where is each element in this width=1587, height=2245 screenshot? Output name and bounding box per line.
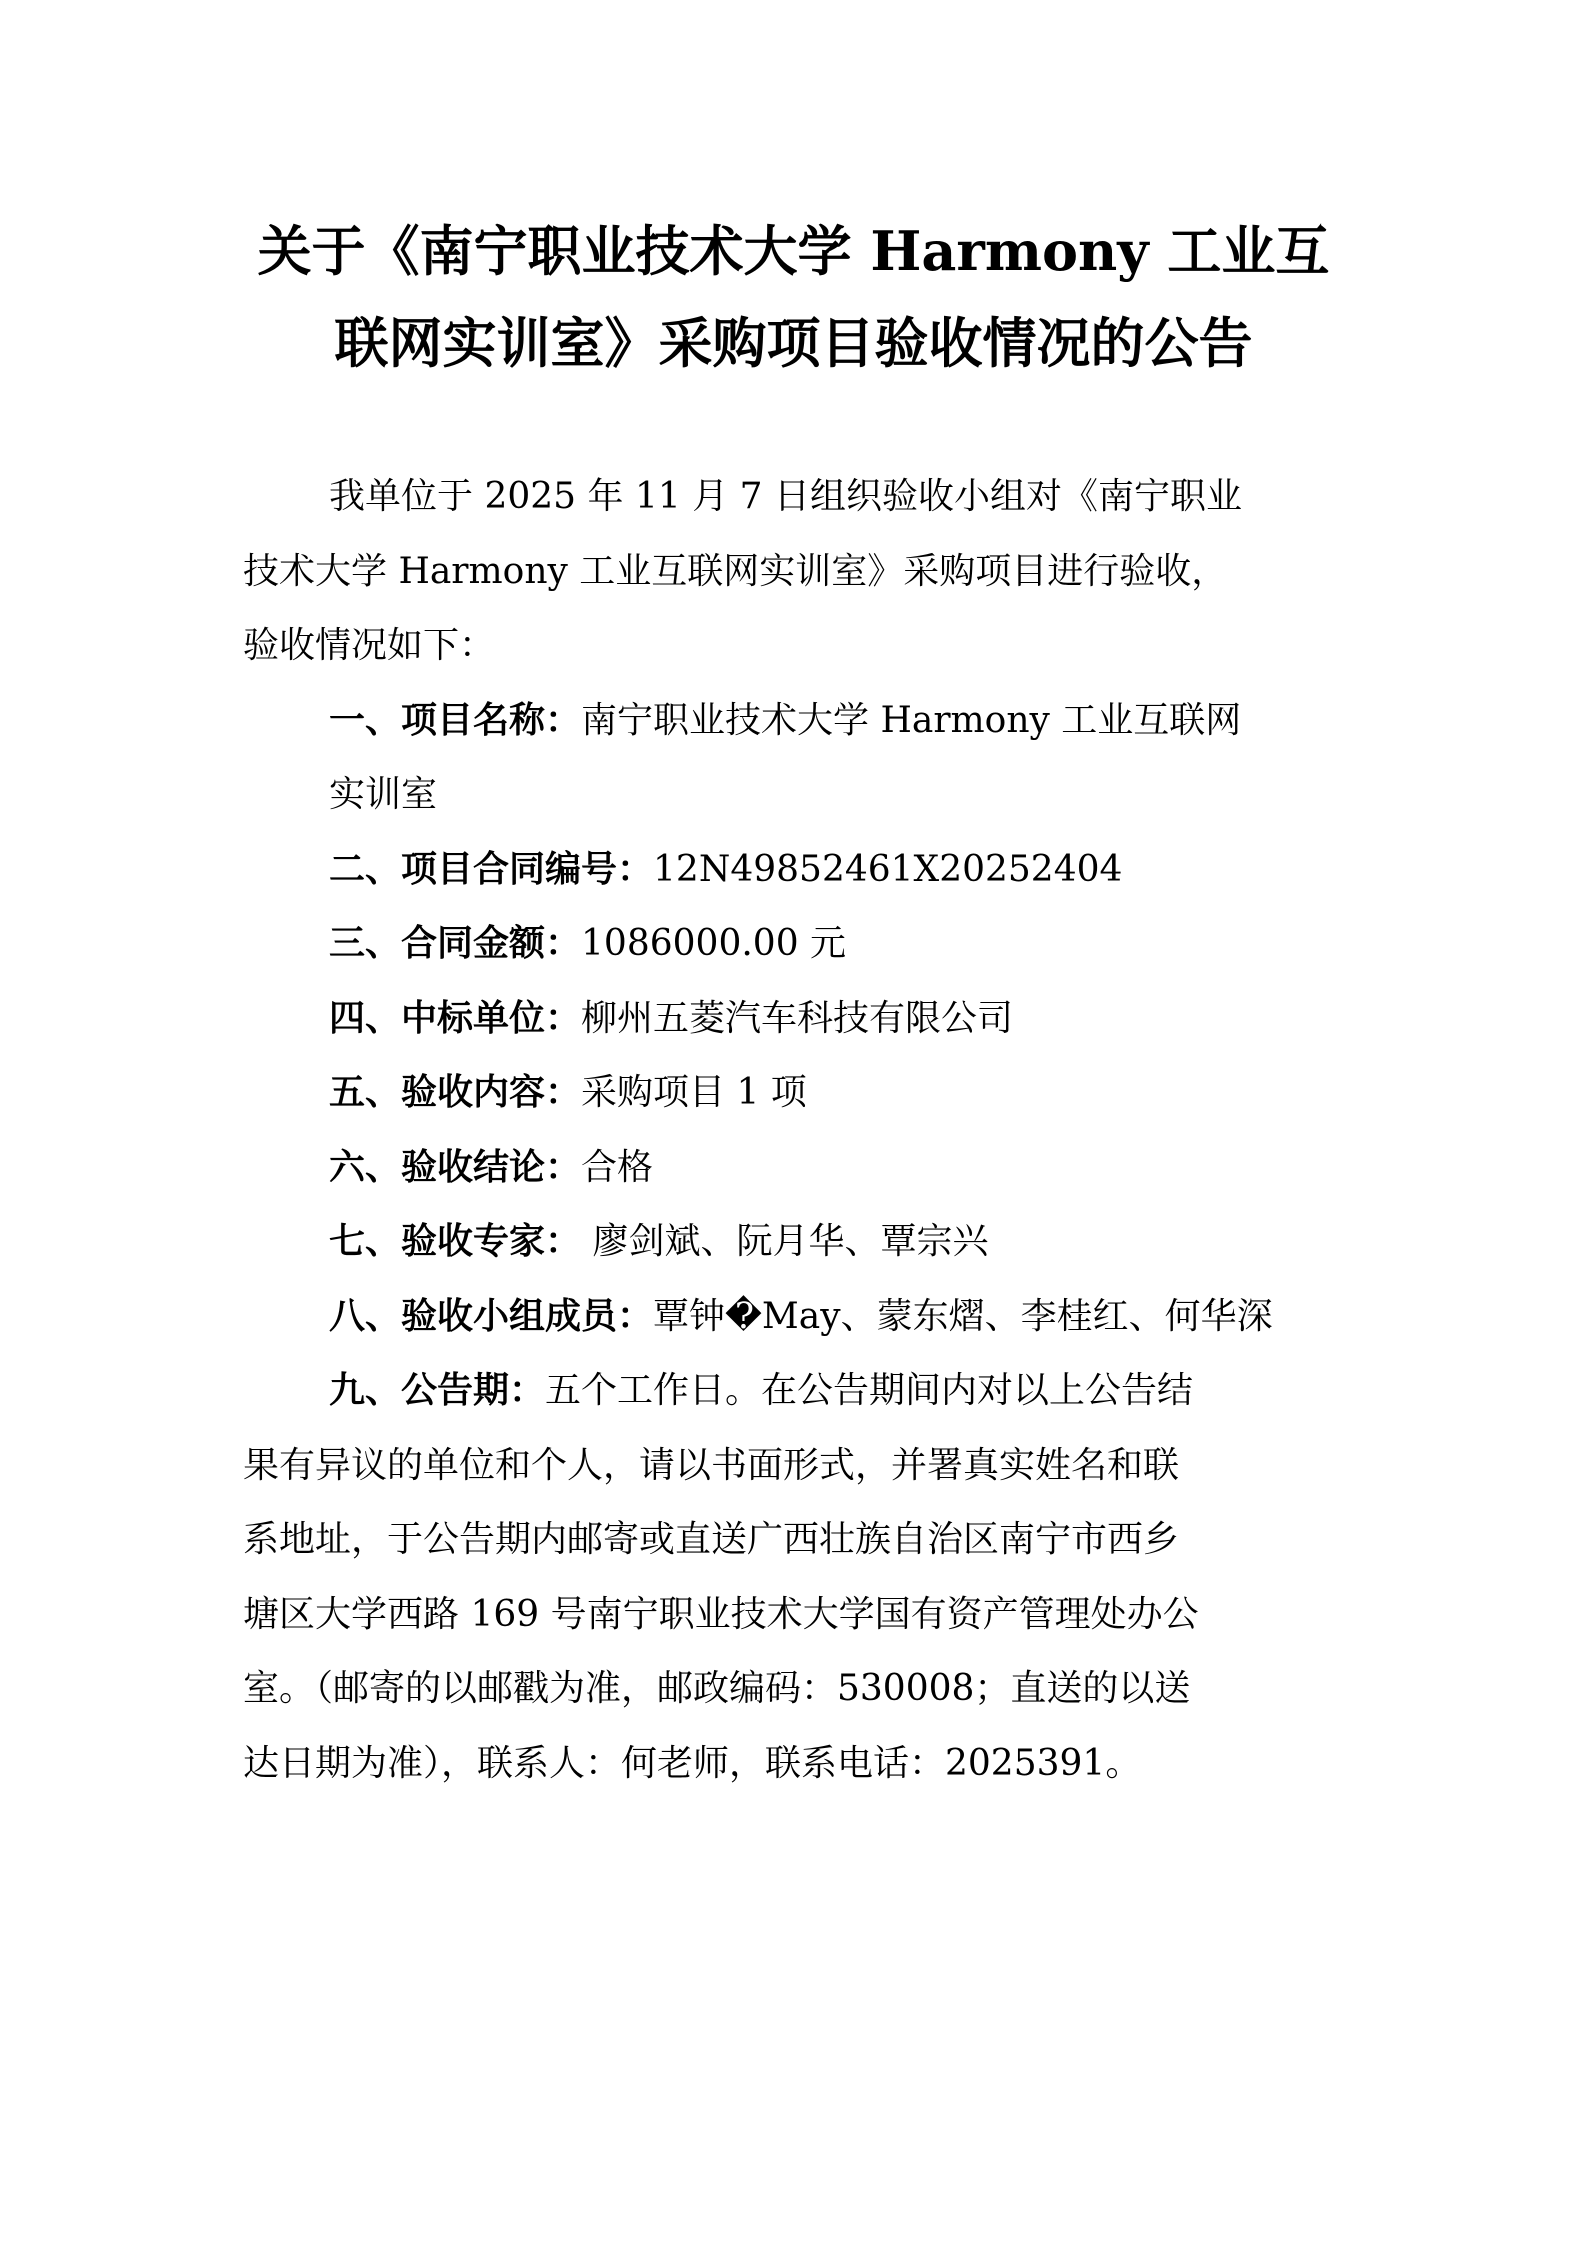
item-value: 覃钟�May、蒙东熠、李桂红、何华深: [653, 1296, 1273, 1337]
item-value: 廖剑斌、阮月华、覃宗兴: [581, 1221, 988, 1262]
item-value: 南宁职业技术大学 Harmony 工业互联网: [581, 700, 1241, 741]
item-value: 采购项目 1 项: [581, 1072, 807, 1113]
notice-label: 九、公告期：: [329, 1370, 545, 1411]
item-project-name-cont: 实训室: [243, 758, 1353, 833]
intro-line-2: 技术大学 Harmony 工业互联网实训室》采购项目进行验收，: [243, 535, 1353, 610]
item-contract-amount: 三、合同金额：1086000.00 元: [243, 907, 1353, 982]
notice-line-3: 系地址，于公告期内邮寄或直送广西壮族自治区南宁市西乡: [243, 1503, 1353, 1578]
intro-paragraph: 我单位于 2025 年 11 月 7 日组织验收小组对《南宁职业 技术大学 Ha…: [243, 460, 1353, 684]
item-label: 五、验收内容：: [329, 1072, 581, 1113]
item-label: 六、验收结论：: [329, 1147, 581, 1188]
title-line-2: 联网实训室》采购项目验收情况的公告: [230, 297, 1357, 389]
item-label: 四、中标单位：: [329, 998, 581, 1039]
item-label: 二、项目合同编号：: [329, 849, 653, 890]
item-contract-number: 二、项目合同编号：12N49852461X20252404: [243, 833, 1353, 908]
title-line-1: 关于《南宁职业技术大学 Harmony 工业互: [230, 205, 1357, 297]
item-label: 八、验收小组成员：: [329, 1296, 653, 1337]
item-label: 一、项目名称：: [329, 700, 581, 741]
notice-line-1: 九、公告期：五个工作日。在公告期间内对以上公告结: [243, 1354, 1353, 1429]
item-acceptance-team: 八、验收小组成员：覃钟�May、蒙东熠、李桂红、何华深: [243, 1280, 1353, 1355]
item-value: 1086000.00 元: [581, 923, 846, 964]
item-value: 12N49852461X20252404: [653, 849, 1122, 890]
intro-line-3: 验收情况如下：: [243, 609, 1353, 684]
intro-line-1: 我单位于 2025 年 11 月 7 日组织验收小组对《南宁职业: [243, 460, 1353, 535]
document-title: 关于《南宁职业技术大学 Harmony 工业互 联网实训室》采购项目验收情况的公…: [230, 205, 1357, 389]
item-value: 柳州五菱汽车科技有限公司: [581, 998, 1013, 1039]
notice-line-6: 达日期为准），联系人：何老师，联系电话：2025391。: [243, 1727, 1353, 1802]
item-value: 合格: [581, 1147, 653, 1188]
item-acceptance-content: 五、验收内容：采购项目 1 项: [243, 1056, 1353, 1131]
notice-line-4: 塘区大学西路 169 号南宁职业技术大学国有资产管理处办公: [243, 1578, 1353, 1653]
notice-line-2: 果有异议的单位和个人，请以书面形式，并署真实姓名和联: [243, 1429, 1353, 1504]
item-acceptance-conclusion: 六、验收结论：合格: [243, 1131, 1353, 1206]
item-acceptance-experts: 七、验收专家： 廖剑斌、阮月华、覃宗兴: [243, 1205, 1353, 1280]
item-label: 七、验收专家：: [329, 1221, 581, 1262]
item-label: 三、合同金额：: [329, 923, 581, 964]
item-project-name: 一、项目名称：南宁职业技术大学 Harmony 工业互联网: [243, 684, 1353, 759]
notice-line-5: 室。（邮寄的以邮戳为准，邮政编码：530008；直送的以送: [243, 1652, 1353, 1727]
notice-period-paragraph: 九、公告期：五个工作日。在公告期间内对以上公告结 果有异议的单位和个人，请以书面…: [243, 1354, 1353, 1801]
notice-text: 五个工作日。在公告期间内对以上公告结: [545, 1370, 1193, 1411]
document-body: 我单位于 2025 年 11 月 7 日组织验收小组对《南宁职业 技术大学 Ha…: [243, 460, 1353, 1801]
item-winning-bidder: 四、中标单位：柳州五菱汽车科技有限公司: [243, 982, 1353, 1057]
